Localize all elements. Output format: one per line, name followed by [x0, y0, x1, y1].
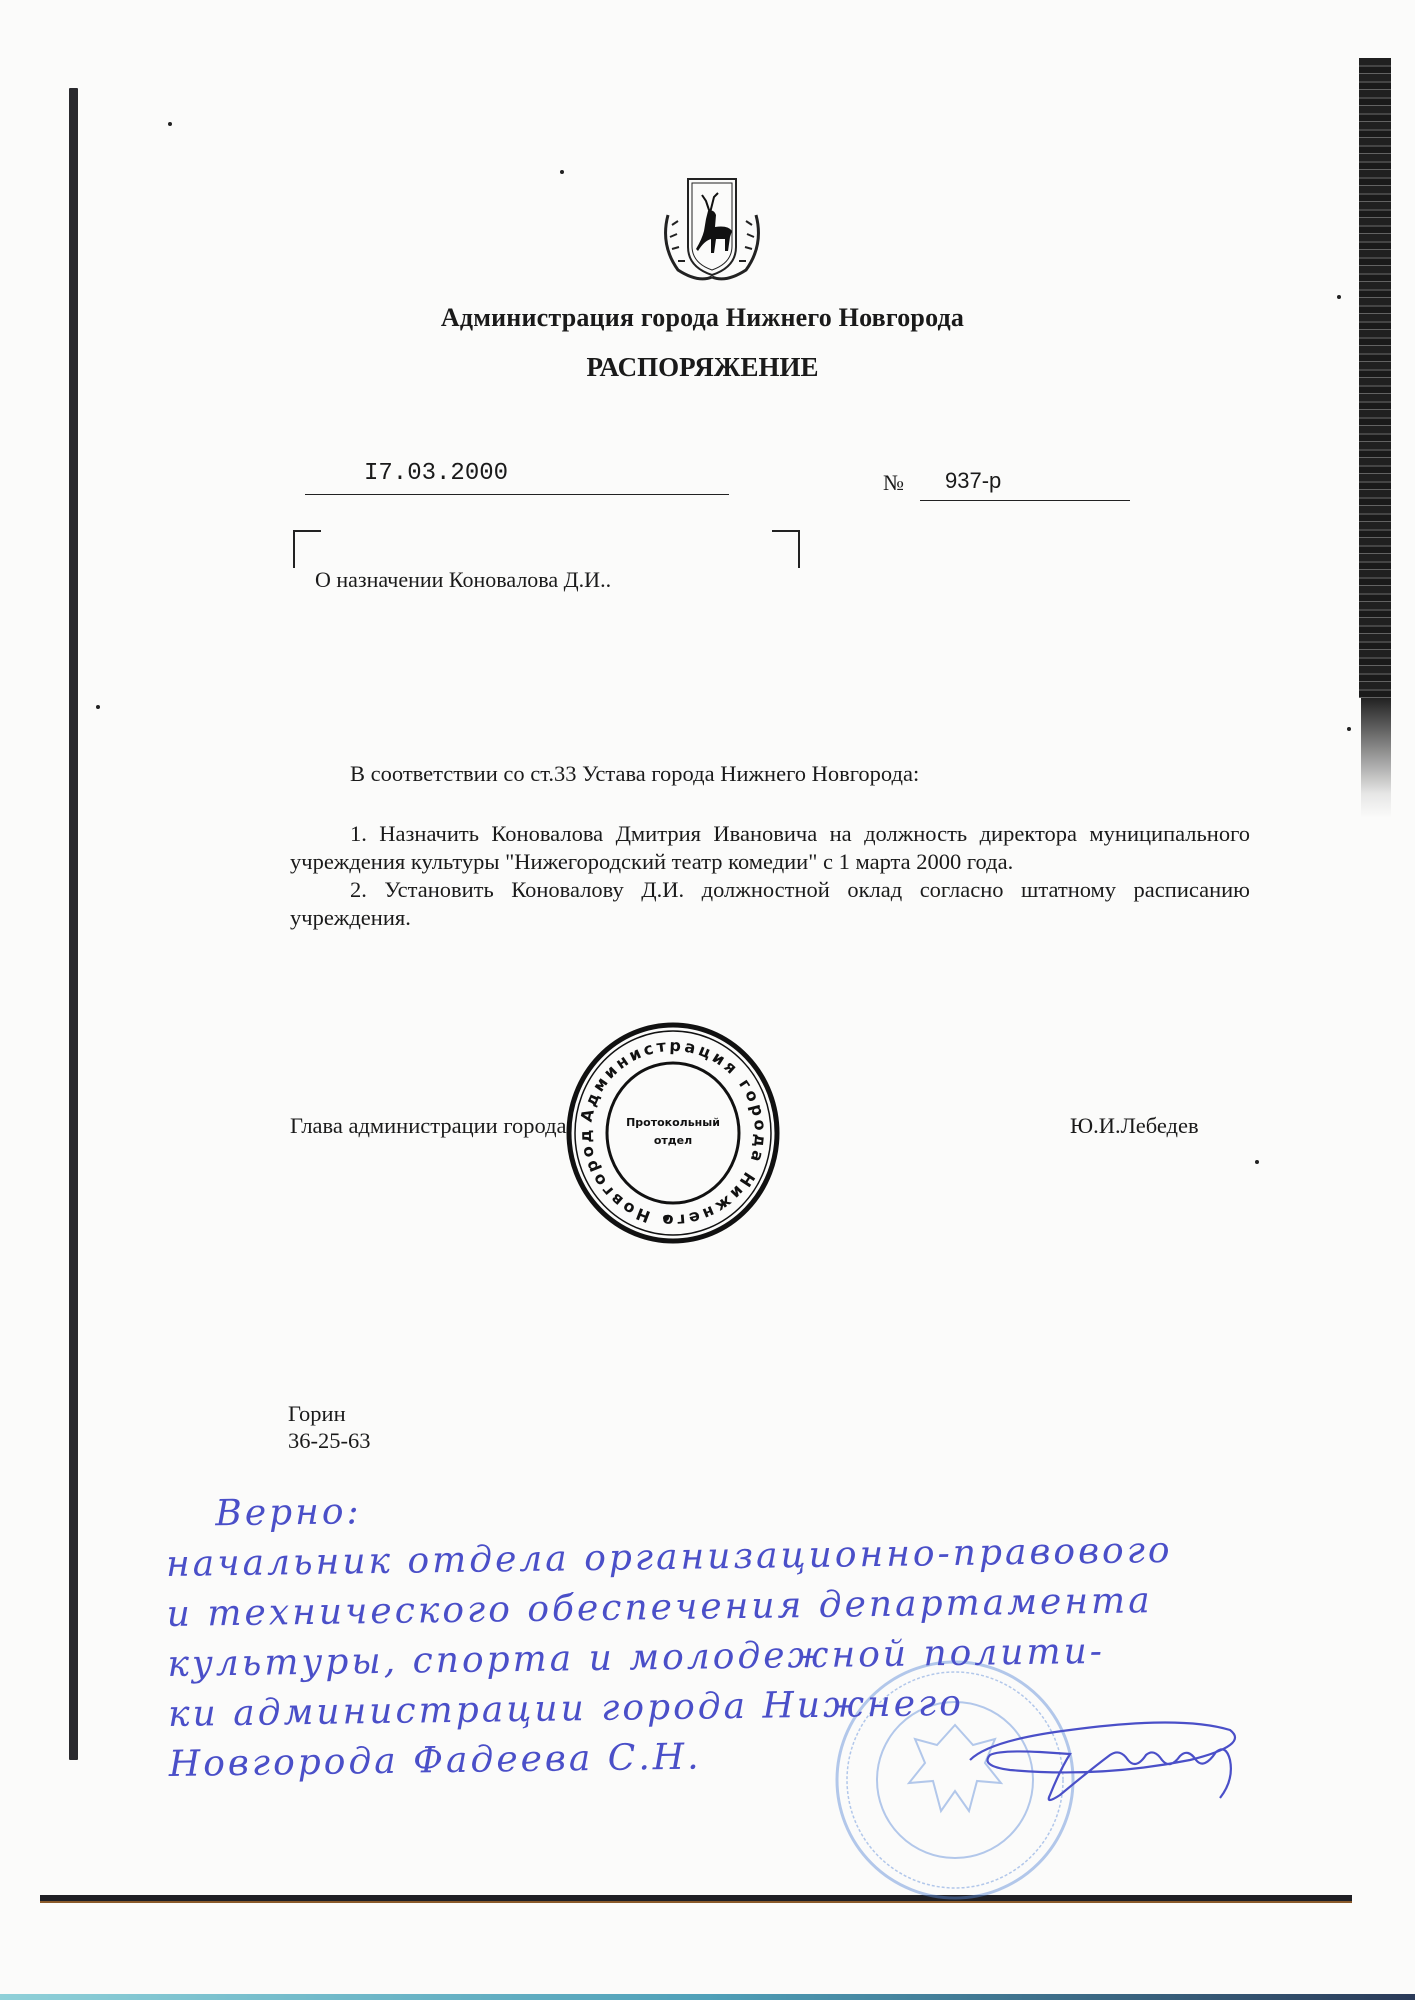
executor-name: Горин	[288, 1400, 346, 1428]
number-sign: №	[883, 470, 904, 496]
signatory-role: Глава администрации города	[290, 1113, 567, 1139]
document-body: В соответствии со ст.33 Устава города Ни…	[290, 760, 1250, 932]
handwritten-signature-icon	[950, 1700, 1310, 1810]
number-underline	[920, 500, 1130, 501]
body-item-2: 2. Установить Коновалову Д.И. должностно…	[290, 876, 1250, 932]
date-underline	[305, 494, 729, 495]
document-subject: О назначении Коновалова Д.И..	[315, 567, 611, 593]
document-date: I7.03.2000	[364, 460, 508, 487]
document-type-heading: РАСПОРЯЖЕНИЕ	[0, 352, 1415, 383]
scan-speck	[560, 170, 564, 174]
scan-speck	[168, 122, 172, 126]
scan-bottom-band	[0, 1994, 1415, 2000]
signatory-name: Ю.И.Лебедев	[1070, 1113, 1199, 1139]
svg-text:отдел: отдел	[654, 1134, 692, 1147]
scanned-document-page: Администрация города Нижнего Новгорода Р…	[0, 0, 1415, 2000]
scan-speck	[1255, 1160, 1259, 1164]
svg-text:Протокольный: Протокольный	[626, 1116, 720, 1129]
subject-bracket-left	[293, 530, 321, 568]
scan-right-edge-fade	[1361, 698, 1391, 818]
scan-left-border	[69, 88, 78, 1760]
subject-bracket-right	[772, 530, 800, 568]
body-item-1: 1. Назначить Коновалова Дмитрия Иванович…	[290, 820, 1250, 876]
body-intro: В соответствии со ст.33 Устава города Ни…	[290, 760, 1250, 788]
scan-speck	[1337, 295, 1341, 299]
scan-bottom-border	[40, 1895, 1352, 1901]
executor-phone: 36-25-63	[288, 1428, 371, 1454]
document-number: 937-р	[945, 468, 1001, 494]
scan-speck	[96, 705, 100, 709]
coat-of-arms-deer-icon	[658, 175, 766, 285]
round-seal-icon: Администрация города Нижнего Новгорода П…	[562, 1022, 784, 1244]
scan-speck	[1347, 727, 1351, 731]
organization-title: Администрация города Нижнего Новгорода	[0, 303, 1415, 333]
